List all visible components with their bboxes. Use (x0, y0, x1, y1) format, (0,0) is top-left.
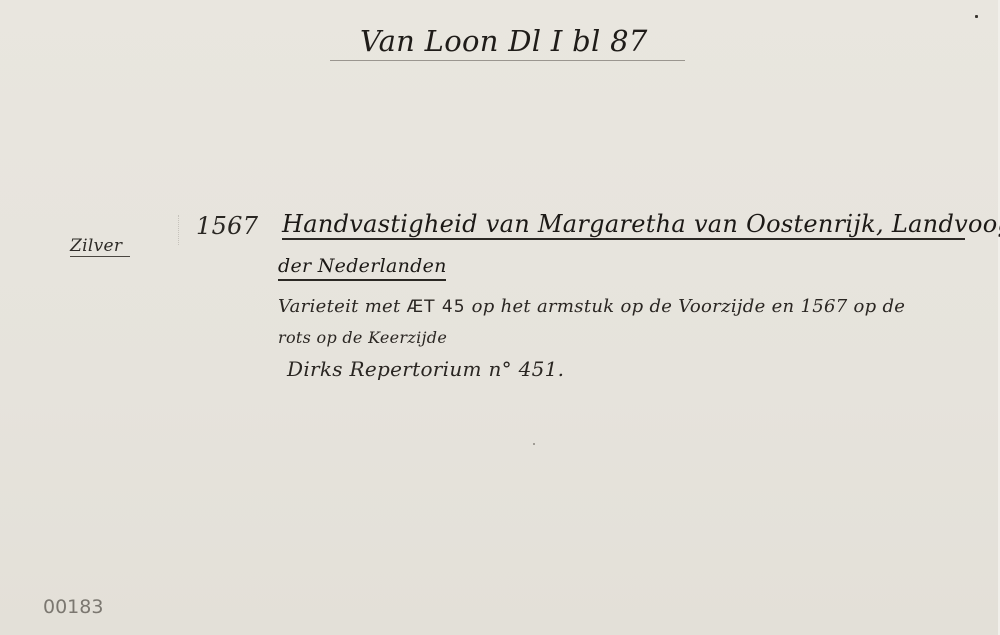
description-pre: Varieteit met (278, 296, 401, 317)
inscription-text: ÆT 45 (407, 297, 466, 317)
year-label: 1567 (196, 212, 258, 240)
title-line-1: Handvastigheid van Margaretha van Oosten… (282, 210, 1000, 238)
metal-underline (70, 256, 130, 257)
metal-label: Zilver (70, 236, 122, 256)
paper-speck (975, 15, 978, 18)
catalog-card: Van Loon Dl I bl 87 Zilver 1567 Handvast… (0, 0, 1000, 635)
description-line-2: rots op de Keerzijde (278, 328, 447, 347)
title-underline-1 (282, 238, 965, 240)
header-rule (330, 60, 685, 61)
ink-smudge (178, 215, 187, 245)
description-post: op het armstuk op de Voorzijde en 1567 o… (472, 296, 906, 317)
paper-speck (533, 443, 535, 445)
description-line-1: Varieteit met ÆT 45 op het armstuk op de… (278, 296, 905, 317)
reference-citation: Dirks Repertorium n° 451. (287, 357, 564, 381)
card-header-reference: Van Loon Dl I bl 87 (360, 24, 648, 58)
catalog-number: 00183 (43, 596, 103, 618)
title-underline-2 (278, 279, 446, 281)
title-line-2: der Nederlanden (278, 255, 447, 277)
